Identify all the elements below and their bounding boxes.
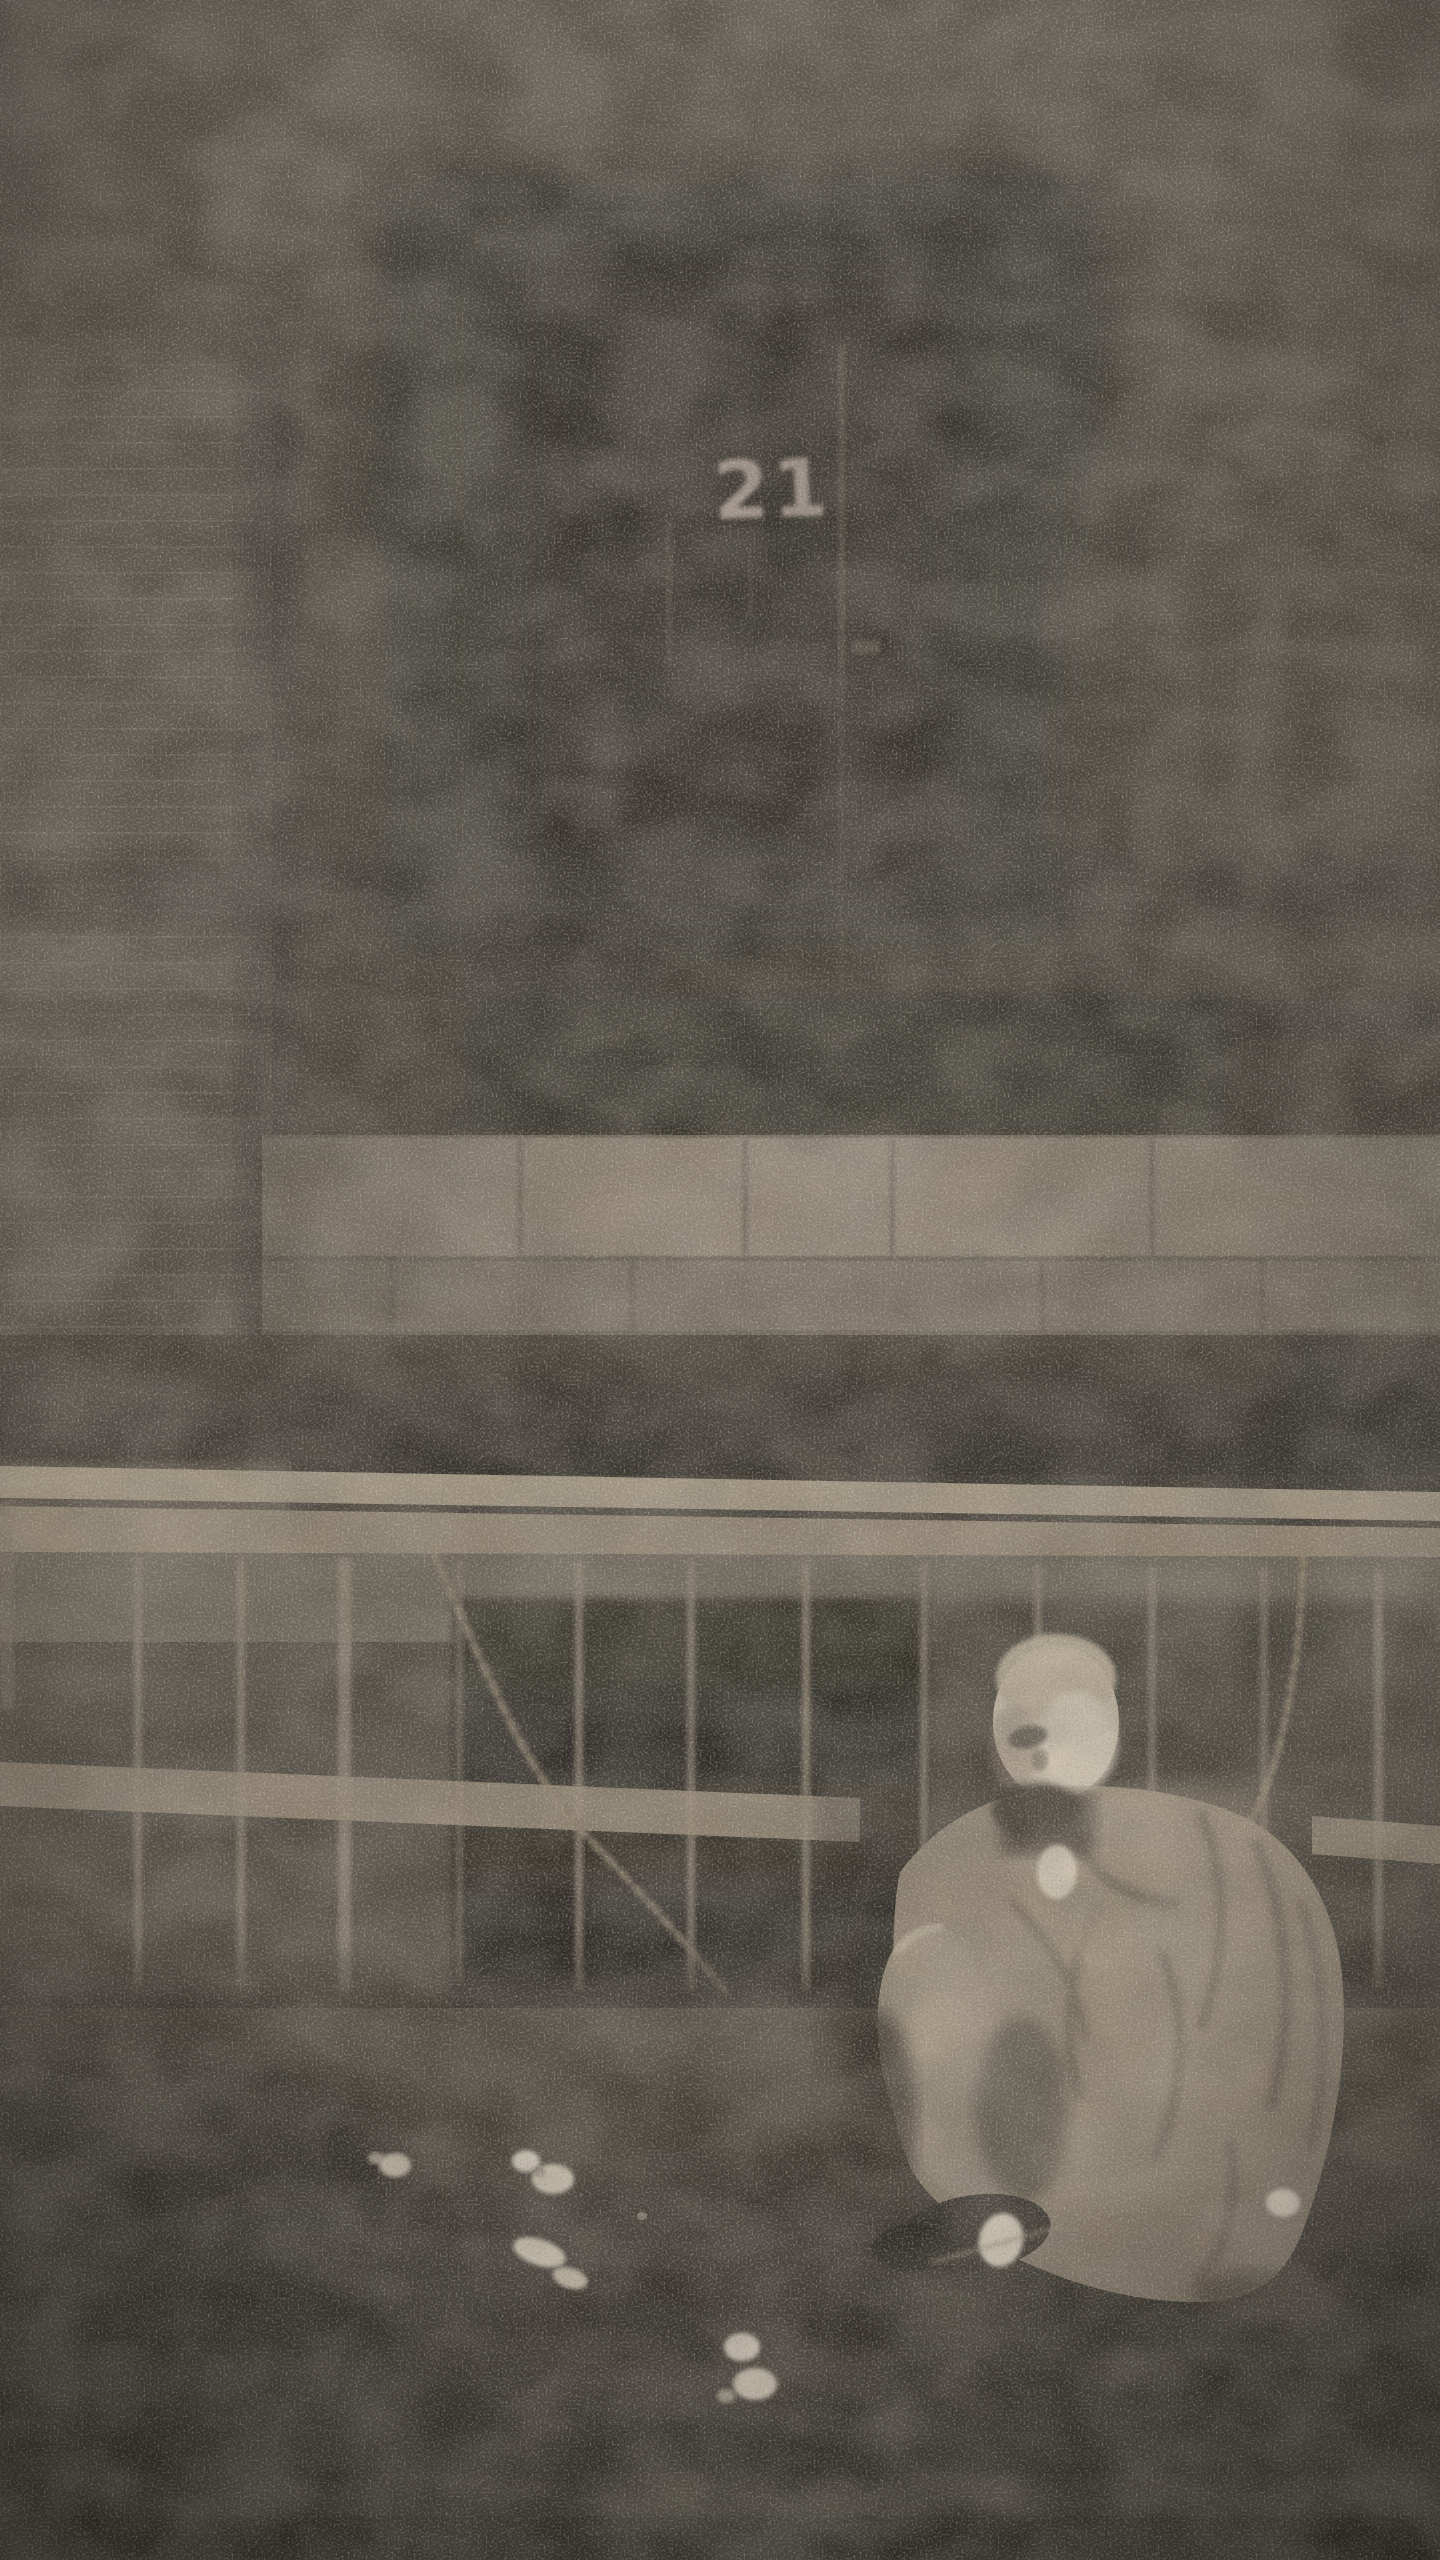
vintage-photograph: 21 [0,0,1440,2560]
photo-canvas: 21 [0,0,1440,2560]
photo-texture [0,0,1440,2560]
vignette [0,0,1440,2560]
